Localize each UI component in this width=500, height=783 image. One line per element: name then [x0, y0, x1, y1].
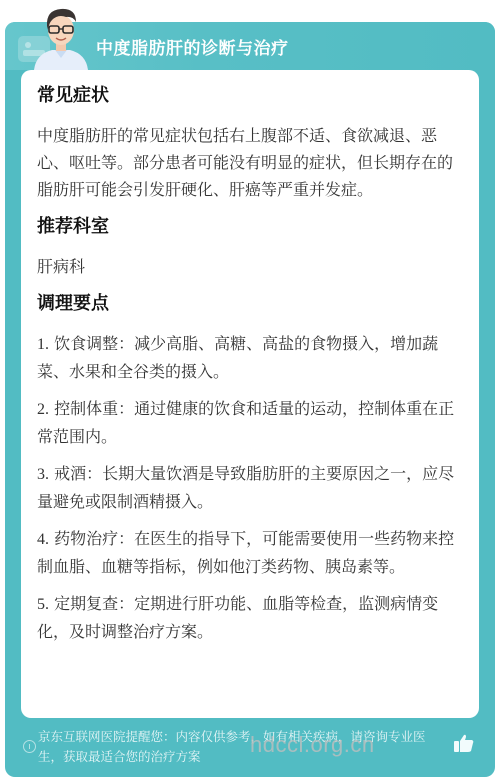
care-item-1: 1. 饮食调整：减少高脂、高糖、高盐的食物摄入，增加蔬菜、水果和全谷类的摄入。 [37, 330, 457, 385]
care-item-5: 5. 定期复查：定期进行肝功能、血脂等检查，监测病情变化，及时调整治疗方案。 [37, 590, 457, 645]
care-item-2: 2. 控制体重：通过健康的饮食和适量的运动，控制体重在正常范围内。 [37, 395, 457, 450]
section-heading-care: 调理要点 [37, 292, 457, 316]
care-item-4: 4. 药物治疗：在医生的指导下，可能需要使用一些药物来控制血脂、血糖等指标，例如… [37, 525, 457, 580]
thumbs-up-icon[interactable] [453, 733, 475, 753]
department-text: 肝病科 [37, 253, 457, 280]
care-item-3: 3. 戒酒：长期大量饮酒是导致脂肪肝的主要原因之一，应尽量避免或限制酒精摄入。 [37, 460, 457, 515]
symptoms-text: 中度脂肪肝的常见症状包括右上腹部不适、食欲减退、恶心、呕吐等。部分患者可能没有明… [37, 122, 457, 203]
info-card: 常见症状 中度脂肪肝的常见症状包括右上腹部不适、食欲减退、恶心、呕吐等。部分患者… [21, 70, 479, 718]
info-icon [23, 740, 36, 753]
card-content: 常见症状 中度脂肪肝的常见症状包括右上腹部不适、食欲减退、恶心、呕吐等。部分患者… [37, 84, 457, 655]
watermark: hdccl.org.cn [250, 732, 375, 758]
disclaimer-text: 京东互联网医院提醒您：内容仅供参考，如有相关疾病，请咨询专业医生，获取最适合您的… [38, 727, 448, 767]
section-heading-symptoms: 常见症状 [37, 84, 457, 108]
section-heading-department: 推荐科室 [37, 215, 457, 239]
page-title: 中度脂肪肝的诊断与治疗 [96, 34, 289, 59]
doctor-avatar [30, 2, 92, 70]
